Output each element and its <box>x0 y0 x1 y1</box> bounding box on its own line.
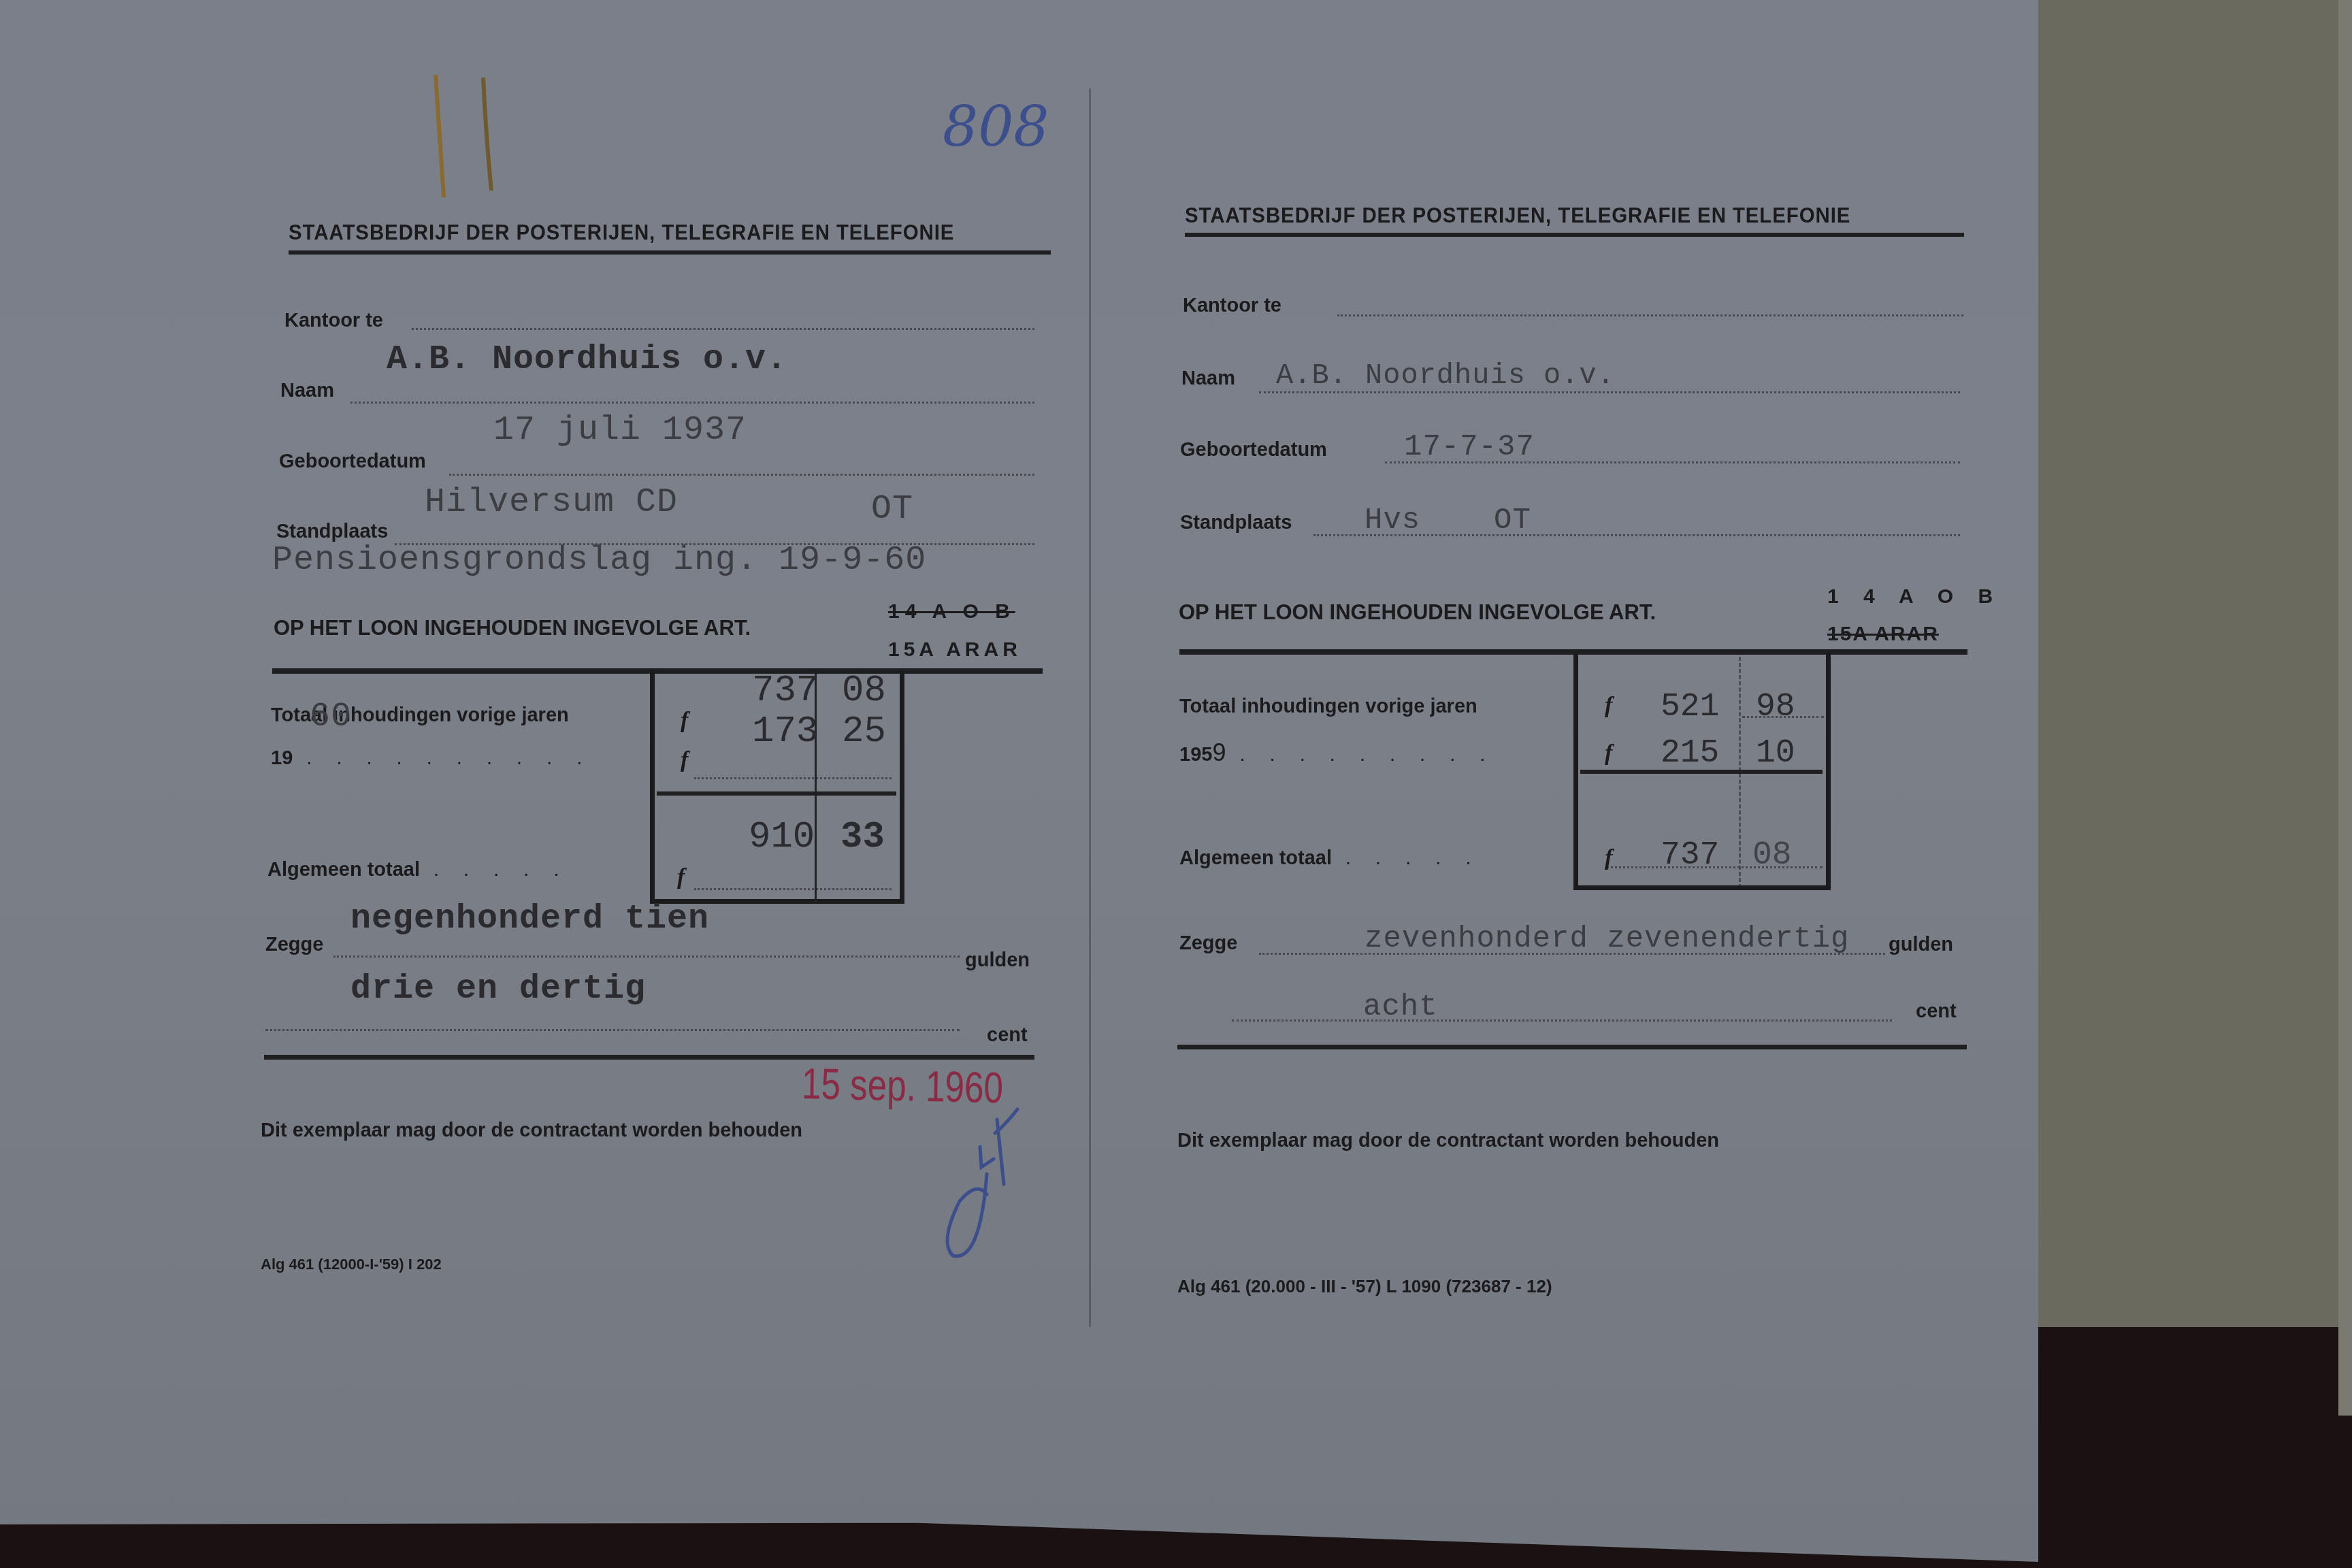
left-naam-label: Naam <box>280 380 334 402</box>
right-geboortedatum-field <box>1385 461 1960 463</box>
left-geboortedatum-label: Geboortedatum <box>279 451 426 473</box>
left-row2-year: 60 <box>310 698 352 736</box>
left-total-guilders: 910 <box>749 817 815 858</box>
right-kantoor-field <box>1337 314 1963 316</box>
left-zegge-rule <box>264 1055 1034 1060</box>
right-form-code: Alg 461 (20.000 - III - '57) L 1090 (723… <box>1177 1276 1552 1297</box>
right-currency-total: f <box>1605 845 1612 871</box>
left-standplaats-value: Hilversum CD <box>425 483 678 522</box>
left-pension-note: Pensioensgrondslag ing. 19-9-60 <box>272 541 926 580</box>
left-zegge-cents-field <box>265 1029 960 1031</box>
right-total-cents: 08 <box>1752 837 1792 874</box>
document-paper: 808 STAATSBEDRIJF DER POSTERIJEN, TELEGR… <box>0 0 2038 1562</box>
right-naam-label: Naam <box>1181 367 1235 390</box>
left-standplaats-label: Standplaats <box>276 521 388 543</box>
left-footer-note: Dit exemplaar mag door de contractant wo… <box>261 1120 802 1142</box>
left-zegge-cents-text: drie en dertig <box>350 970 646 1009</box>
left-zegge-label: Zegge <box>265 934 323 956</box>
left-row2-label: 19. . . . . . . . . . <box>271 747 591 770</box>
right-row2-label: 1959. . . . . . . . . <box>1179 738 1494 767</box>
date-stamp: 15 sep. 1960 <box>801 1058 1003 1113</box>
left-gulden-label: gulden <box>965 949 1030 972</box>
left-article-title: OP HET LOON INGEHOUDEN INGEVOLGE ART. <box>274 616 751 640</box>
right-footer-note: Dit exemplaar mag door de contractant wo… <box>1177 1130 1719 1152</box>
right-currency-2: f <box>1605 740 1612 766</box>
right-zegge-label: Zegge <box>1179 932 1237 955</box>
right-article-active: 1 4 A O B <box>1827 585 2002 608</box>
left-zegge-guilders-field <box>333 955 960 958</box>
left-row1-cents: 08 <box>842 670 886 712</box>
right-row1-label: Totaal inhoudingen vorige jaren <box>1179 696 1477 718</box>
left-naam-field <box>350 402 1034 404</box>
left-article-active: 15A ARAR <box>888 638 1022 661</box>
left-row2-cents: 25 <box>842 711 886 753</box>
background-beige-sheet <box>2035 0 2352 1327</box>
right-row1-guilders: 521 <box>1661 689 1719 725</box>
right-zegge-cents-field <box>1232 1019 1892 1022</box>
left-kantoor-label: Kantoor te <box>284 310 383 332</box>
signature-icon <box>939 1106 1034 1269</box>
right-row2-guilders: 215 <box>1661 735 1719 772</box>
left-kantoor-field <box>412 328 1034 330</box>
right-header: STAATSBEDRIJF DER POSTERIJEN, TELEGRAFIE… <box>1185 203 1850 228</box>
handwritten-number: 808 <box>943 95 1049 160</box>
left-geboortedatum-value: 17 juli 1937 <box>493 411 747 450</box>
right-total-guilders: 737 <box>1661 837 1719 874</box>
pencil-marks-icon <box>429 68 510 204</box>
left-row2-guilders: 173 <box>752 711 818 753</box>
right-row2-cents: 10 <box>1756 735 1795 772</box>
right-naam-value: A.B. Noordhuis o.v. <box>1276 359 1615 392</box>
right-currency-1: f <box>1605 693 1612 719</box>
right-article-title: OP HET LOON INGEHOUDEN INGEVOLGE ART. <box>1179 600 1656 625</box>
left-row1-guilders: 737 <box>752 670 818 712</box>
left-subtotal-rule <box>657 791 896 796</box>
right-cent-label: cent <box>1916 1000 1957 1023</box>
right-standplaats-field <box>1313 534 1960 536</box>
left-naam-value: A.B. Noordhuis o.v. <box>387 340 787 379</box>
right-total-label: Algemeen totaal. . . . . <box>1179 847 1481 870</box>
left-header-rule <box>289 250 1051 255</box>
left-cent-label: cent <box>987 1024 1028 1047</box>
left-currency-total: f <box>677 864 685 890</box>
left-total-cents: 33 <box>840 817 885 858</box>
right-gulden-label: gulden <box>1889 934 1953 956</box>
right-article-struck: 15A ARAR <box>1827 623 1939 646</box>
left-form-code: Alg 461 (12000-I-'59) I 202 <box>261 1256 442 1273</box>
left-article-struck: 14 A O B <box>888 600 1015 623</box>
right-zegge-guilders-text: zevenhonderd zevenendertig <box>1365 922 1850 956</box>
right-standplaats-value: Hvs <box>1365 504 1420 538</box>
left-geboortedatum-field <box>449 474 1034 476</box>
right-kantoor-label: Kantoor te <box>1183 295 1281 317</box>
right-zegge-rule <box>1177 1045 1967 1049</box>
left-standplaats-extra: OT <box>871 490 913 529</box>
left-total-field <box>694 888 892 890</box>
left-row2-field <box>694 777 892 779</box>
left-currency-1: f <box>681 708 688 734</box>
left-currency-2: f <box>681 747 688 773</box>
right-standplaats-label: Standplaats <box>1180 512 1292 534</box>
left-total-label: Algemeen totaal. . . . . <box>267 859 569 881</box>
right-row1-cents: 98 <box>1756 689 1795 725</box>
paper-fold-line <box>1089 88 1091 1327</box>
right-geboortedatum-value: 17-7-37 <box>1404 430 1535 464</box>
left-zegge-guilders-text: negenhonderd tien <box>350 900 709 938</box>
background-edge <box>2338 0 2352 1416</box>
left-header: STAATSBEDRIJF DER POSTERIJEN, TELEGRAFIE… <box>289 220 954 245</box>
right-zegge-guilders-field <box>1259 953 1885 955</box>
right-geboortedatum-label: Geboortedatum <box>1180 439 1327 461</box>
right-naam-field <box>1259 391 1960 393</box>
right-header-rule <box>1185 233 1964 237</box>
right-standplaats-extra: OT <box>1494 504 1531 538</box>
